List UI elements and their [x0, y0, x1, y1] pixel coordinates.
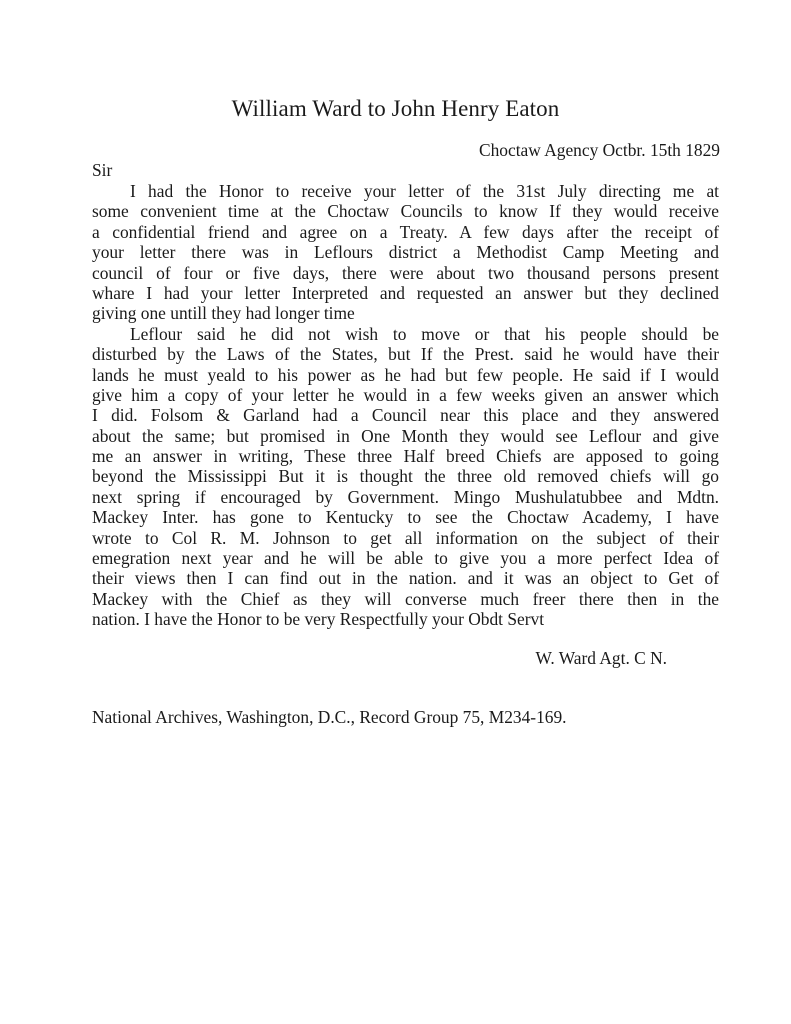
body-line: lands he must yeald to his power as he h… [92, 365, 719, 385]
body-line: some convenient time at the Choctaw Coun… [92, 201, 719, 221]
body-line: giving one untill they had longer time [92, 303, 719, 323]
body-line: council of four or five days, there were… [92, 263, 719, 283]
body-line: Mackey Inter. has gone to Kentucky to se… [92, 507, 719, 527]
letter-dateline: Choctaw Agency Octbr. 15th 1829 [479, 140, 720, 160]
letter-salutation: Sir [92, 160, 112, 180]
letter-body: I had the Honor to receive your letter o… [92, 181, 719, 630]
body-line: next spring if encouraged by Government.… [92, 487, 719, 507]
body-line: beyond the Mississippi But it is thought… [92, 466, 719, 486]
archive-citation: National Archives, Washington, D.C., Rec… [92, 707, 567, 727]
body-line: me an answer in writing, These three Hal… [92, 446, 719, 466]
body-line: their views then I can find out in the n… [92, 568, 719, 588]
letter-signature: W. Ward Agt. C N. [536, 648, 667, 668]
body-line: Mackey with the Chief as they will conve… [92, 589, 719, 609]
body-line: Leflour said he did not wish to move or … [92, 324, 719, 344]
body-line: give him a copy of your letter he would … [92, 385, 719, 405]
body-line: about the same; but promised in One Mont… [92, 426, 719, 446]
body-line: I had the Honor to receive your letter o… [92, 181, 719, 201]
document-title: William Ward to John Henry Eaton [0, 94, 791, 124]
body-line: nation. I have the Honor to be very Resp… [92, 609, 719, 629]
body-line: I did. Folsom & Garland had a Council ne… [92, 405, 719, 425]
body-line: emegration next year and he will be able… [92, 548, 719, 568]
body-line: a confidential friend and agree on a Tre… [92, 222, 719, 242]
body-line: your letter there was in Leflours distri… [92, 242, 719, 262]
document-page: William Ward to John Henry Eaton Choctaw… [0, 0, 791, 1024]
body-line: whare I had your letter Interpreted and … [92, 283, 719, 303]
body-line: wrote to Col R. M. Johnson to get all in… [92, 528, 719, 548]
body-line: disturbed by the Laws of the States, but… [92, 344, 719, 364]
